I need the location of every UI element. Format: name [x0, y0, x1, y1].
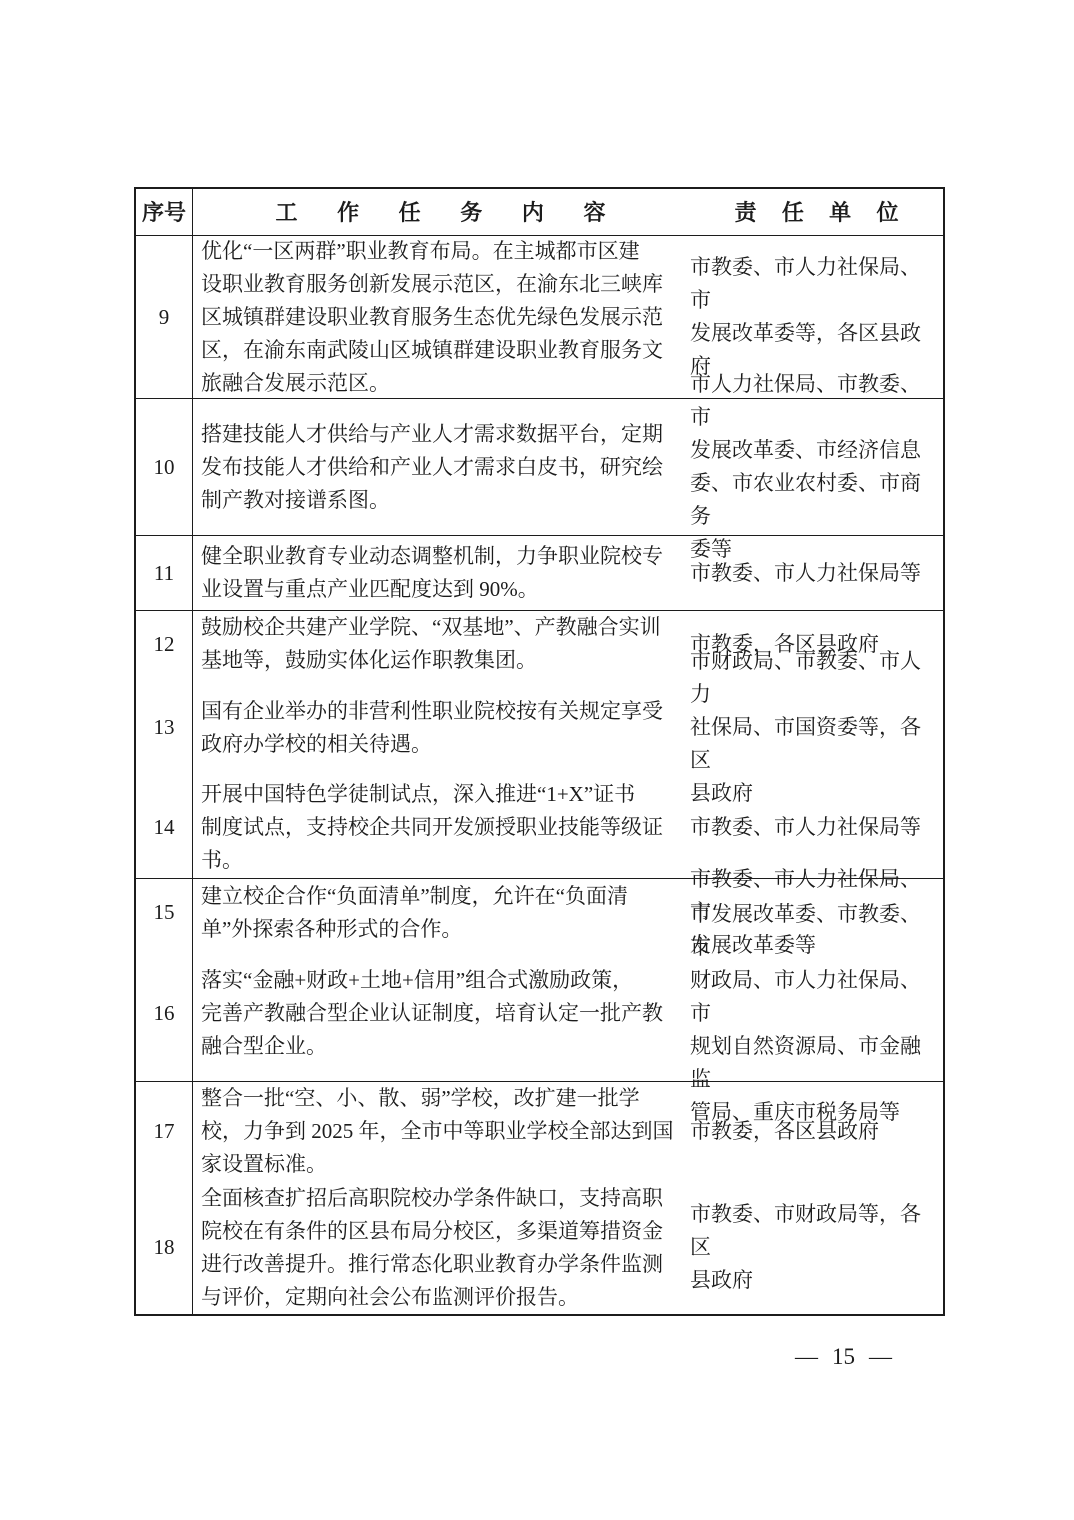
row-number-cell: 13 [136, 678, 193, 778]
row-number-cell: 12 [136, 611, 193, 678]
row-number-cell: 10 [136, 399, 193, 535]
footer-dash-right: — [869, 1344, 892, 1369]
task-table: 序号 工作任务内容 责任单位 9 优化“一区两群”职业教育布局。在主城都市区建 … [134, 187, 945, 1316]
header-responsible-unit: 责任单位 [690, 196, 943, 229]
page-footer: —15— [795, 1344, 892, 1370]
row-number-cell: 16 [136, 946, 193, 1081]
table-section: 10 搭建技能人才供给与产业人才需求数据平台，定期 发布技能人才供给和产业人才需… [136, 398, 943, 535]
page-number: 15 [832, 1344, 855, 1369]
row-number-cell: 18 [136, 1181, 193, 1314]
responsible-unit-cell: 市教委、市人力社保局等 [690, 811, 943, 844]
task-content-cell: 国有企业举办的非营利性职业院校按有关规定享受 政府办学校的相关待遇。 [193, 695, 690, 761]
table-row: 16 落实“金融+财政+土地+信用”组合式激励政策， 完善产教融合型企业认证制度… [136, 946, 943, 1081]
responsible-unit-cell: 市教委，各区县政府 [690, 1115, 943, 1148]
row-number-cell: 11 [136, 536, 193, 610]
header-serial-number: 序号 [136, 189, 193, 235]
task-content-cell: 建立校企合作“负面清单”制度，允许在“负面清 单”外探索各种形式的合作。 [193, 880, 690, 946]
table-row: 11 健全职业教育专业动态调整机制，力争职业院校专 业设置与重点产业匹配度达到 … [136, 536, 943, 610]
table-row: 17 整合一批“空、小、散、弱”学校，改扩建一批学 校，力争到 2025 年，全… [136, 1082, 943, 1181]
table-header-row: 序号 工作任务内容 责任单位 [136, 189, 943, 235]
header-task-content: 工作任务内容 [193, 196, 690, 229]
table-row: 18 全面核查扩招后高职院校办学条件缺口，支持高职 院校在有条件的区县布局分校区… [136, 1181, 943, 1314]
table-section: 17 整合一批“空、小、散、弱”学校，改扩建一批学 校，力争到 2025 年，全… [136, 1081, 943, 1314]
row-number-cell: 15 [136, 879, 193, 946]
table-section: 15 建立校企合作“负面清单”制度，允许在“负面清 单”外探索各种形式的合作。 … [136, 878, 943, 1081]
row-number-cell: 14 [136, 778, 193, 878]
footer-dash-left: — [795, 1344, 818, 1369]
table-row: 13 国有企业举办的非营利性职业院校按有关规定享受 政府办学校的相关待遇。 市财… [136, 678, 943, 778]
row-number-cell: 9 [136, 236, 193, 398]
task-content-cell: 鼓励校企共建产业学院、“双基地”、产教融合实训 基地等，鼓励实体化运作职教集团。 [193, 611, 690, 677]
task-content-cell: 健全职业教育专业动态调整机制，力争职业院校专 业设置与重点产业匹配度达到 90%… [193, 540, 690, 606]
table-section: 12 鼓励校企共建产业学院、“双基地”、产教融合实训 基地等，鼓励实体化运作职教… [136, 610, 943, 878]
table-section: 11 健全职业教育专业动态调整机制，力争职业院校专 业设置与重点产业匹配度达到 … [136, 535, 943, 610]
task-content-cell: 整合一批“空、小、散、弱”学校，改扩建一批学 校，力争到 2025 年，全市中等… [193, 1082, 690, 1181]
task-content-cell: 落实“金融+财政+土地+信用”组合式激励政策， 完善产教融合型企业认证制度，培育… [193, 964, 690, 1063]
task-content-cell: 搭建技能人才供给与产业人才需求数据平台，定期 发布技能人才供给和产业人才需求白皮… [193, 418, 690, 517]
task-content-cell: 优化“一区两群”职业教育布局。在主城都市区建 设职业教育服务创新发展示范区，在渝… [193, 235, 690, 400]
task-content-cell: 全面核查扩招后高职院校办学条件缺口，支持高职 院校在有条件的区县布局分校区，多渠… [193, 1182, 690, 1314]
responsible-unit-cell: 市教委、市人力社保局等 [690, 557, 943, 590]
responsible-unit-cell: 市教委、市财政局等，各区 县政府 [690, 1198, 943, 1297]
table-row: 10 搭建技能人才供给与产业人才需求数据平台，定期 发布技能人才供给和产业人才需… [136, 399, 943, 535]
row-number-cell: 17 [136, 1082, 193, 1181]
responsible-unit-cell: 市教委、市人力社保局、市 发展改革委等，各区县政府 [690, 251, 943, 383]
document-page: 序号 工作任务内容 责任单位 9 优化“一区两群”职业教育布局。在主城都市区建 … [0, 0, 1074, 1520]
task-content-cell: 开展中国特色学徒制试点，深入推进“1+X”证书 制度试点，支持校企共同开发颁授职… [193, 778, 690, 877]
